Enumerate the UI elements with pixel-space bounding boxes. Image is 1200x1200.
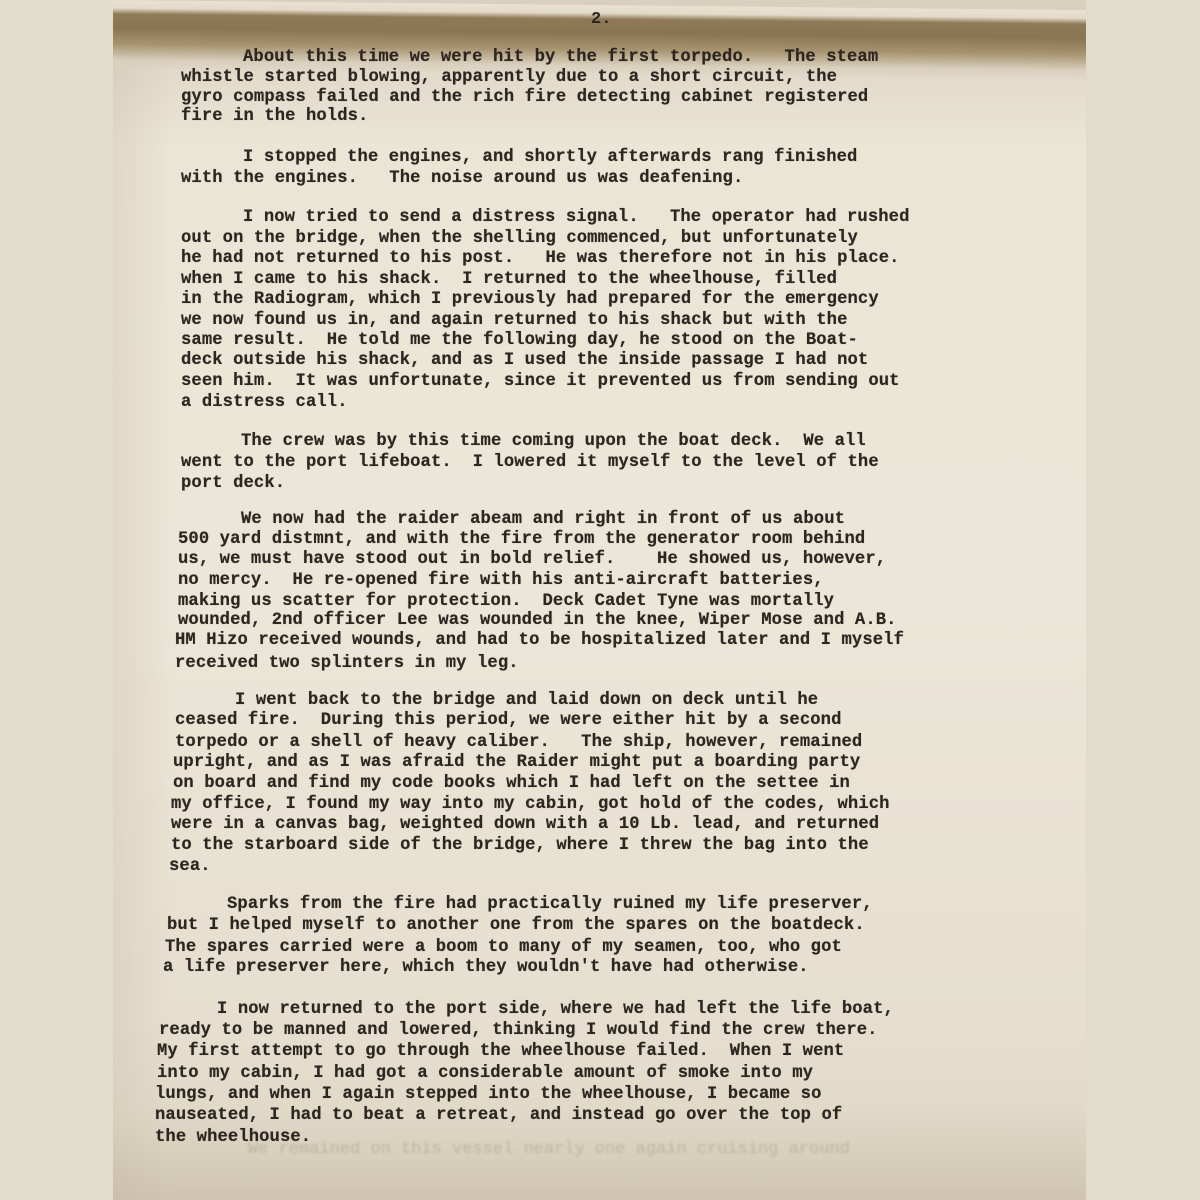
text-line: The spares carried were a boom to many o… — [165, 938, 842, 958]
text-line: nauseated, I had to beat a retreat, and … — [155, 1106, 842, 1126]
text-line: The crew was by this time coming upon th… — [241, 432, 866, 452]
text-line: went to the port lifeboat. I lowered it … — [181, 453, 879, 473]
text-line: into my cabin, I had got a considerable … — [157, 1064, 813, 1084]
text-line: About this time we were hit by the first… — [243, 48, 878, 68]
text-line: with the engines. The noise around us wa… — [181, 169, 743, 189]
text-line: wounded, 2nd officer Lee was wounded in … — [178, 611, 897, 631]
text-line: no mercy. He re-opened fire with his ant… — [178, 571, 824, 591]
text-line: I went back to the bridge and laid down … — [235, 691, 818, 711]
text-line: We now had the raider abeam and right in… — [241, 510, 845, 530]
text-line: upright, and as I was afraid the Raider … — [173, 753, 860, 773]
text-line: seen him. It was unfortunate, since it p… — [181, 372, 900, 392]
text-line: port deck. — [181, 474, 285, 494]
text-line: ready to be manned and lowered, thinking… — [159, 1021, 878, 1041]
text-line: the wheelhouse. — [155, 1128, 311, 1148]
text-line: sea. — [169, 857, 211, 877]
text-line: gyro compass failed and the rich fire de… — [181, 88, 868, 108]
text-line: my office, I found my way into my cabin,… — [171, 795, 890, 815]
text-line: us, we must have stood out in bold relie… — [178, 550, 886, 570]
text-line: but I helped myself to another one from … — [167, 916, 865, 936]
text-line: 500 yard distmnt, and with the fire from… — [178, 530, 865, 550]
text-line: to the starboard side of the bridge, whe… — [171, 836, 869, 856]
text-line: on board and find my code books which I … — [173, 774, 850, 794]
text-line: Sparks from the fire had practically rui… — [227, 895, 873, 915]
text-line: fire in the holds. — [181, 107, 368, 127]
typewritten-body: About this time we were hit by the first… — [113, 0, 1086, 1200]
text-line: he had not returned to his post. He was … — [181, 249, 900, 269]
page-frame: Upon returning to the portside, I found … — [0, 0, 1200, 1200]
text-line: were in a canvas bag, weighted down with… — [171, 815, 879, 835]
text-line: I now tried to send a distress signal. T… — [243, 208, 910, 228]
text-line: HM Hizo received wounds, and had to be h… — [175, 631, 904, 651]
text-line: I stopped the engines, and shortly after… — [243, 148, 857, 168]
text-line: same result. He told me the following da… — [181, 331, 858, 351]
text-line: making us scatter for protection. Deck C… — [178, 592, 834, 612]
text-line: a life preserver here, which they wouldn… — [163, 958, 809, 978]
text-line: My first attempt to go through the wheel… — [157, 1042, 844, 1062]
text-line: lungs, and when I again stepped into the… — [155, 1085, 822, 1105]
text-line: ceased fire. During this period, we were… — [175, 711, 842, 731]
text-line: a distress call. — [181, 393, 348, 413]
text-line: when I came to his shack. I returned to … — [181, 270, 837, 290]
text-line: in the Radiogram, which I previously had… — [181, 290, 879, 310]
text-line: received two splinters in my leg. — [175, 654, 519, 674]
text-line: out on the bridge, when the shelling com… — [181, 229, 858, 249]
text-line: we now found us in, and again returned t… — [181, 311, 848, 331]
document-photo: Upon returning to the portside, I found … — [113, 0, 1086, 1200]
text-line: deck outside his shack, and as I used th… — [181, 351, 868, 371]
text-line: whistle started blowing, apparently due … — [181, 68, 837, 88]
text-line: I now returned to the port side, where w… — [217, 1000, 894, 1020]
text-line: torpedo or a shell of heavy caliber. The… — [175, 733, 862, 753]
